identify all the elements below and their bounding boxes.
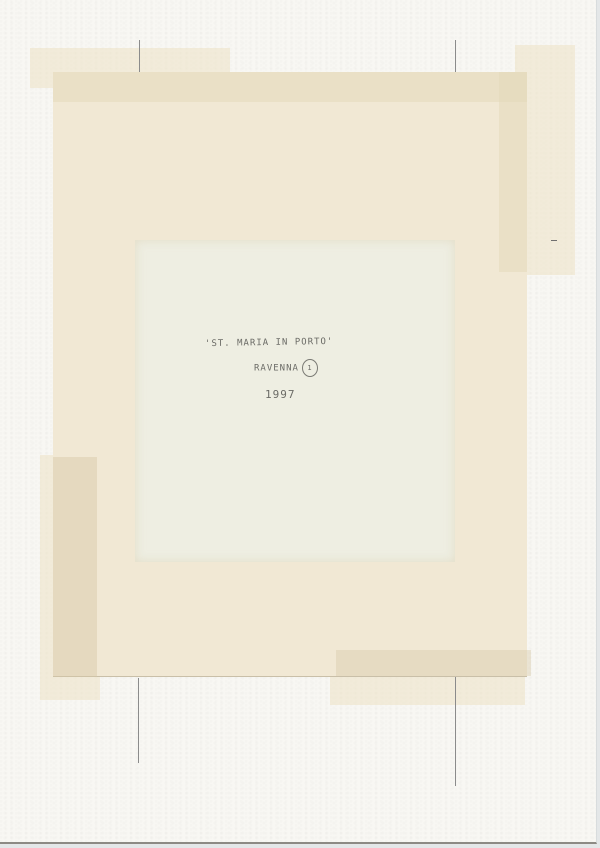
inscription-number: 1: [302, 359, 318, 377]
inscription-location-text: Ravenna: [254, 364, 299, 374]
inscription-year: 1997: [265, 388, 296, 401]
paper-tape-left: [53, 457, 97, 677]
paper-tape-right: [499, 72, 527, 272]
crop-mark-top-right: [455, 40, 456, 72]
crop-mark-bottom-right: [455, 676, 456, 786]
crop-mark-top-left: [139, 40, 140, 72]
inscription-location: Ravenna1: [254, 359, 318, 377]
artwork-show-through: [135, 240, 455, 562]
paper-tape-bottom: [336, 650, 531, 676]
crop-mark-right: [551, 240, 557, 241]
crop-mark-bottom-left: [138, 678, 139, 763]
paper-tape-top: [53, 72, 527, 102]
mount-board: 'St. Maria in Porto' Ravenna1 1997: [0, 0, 597, 844]
